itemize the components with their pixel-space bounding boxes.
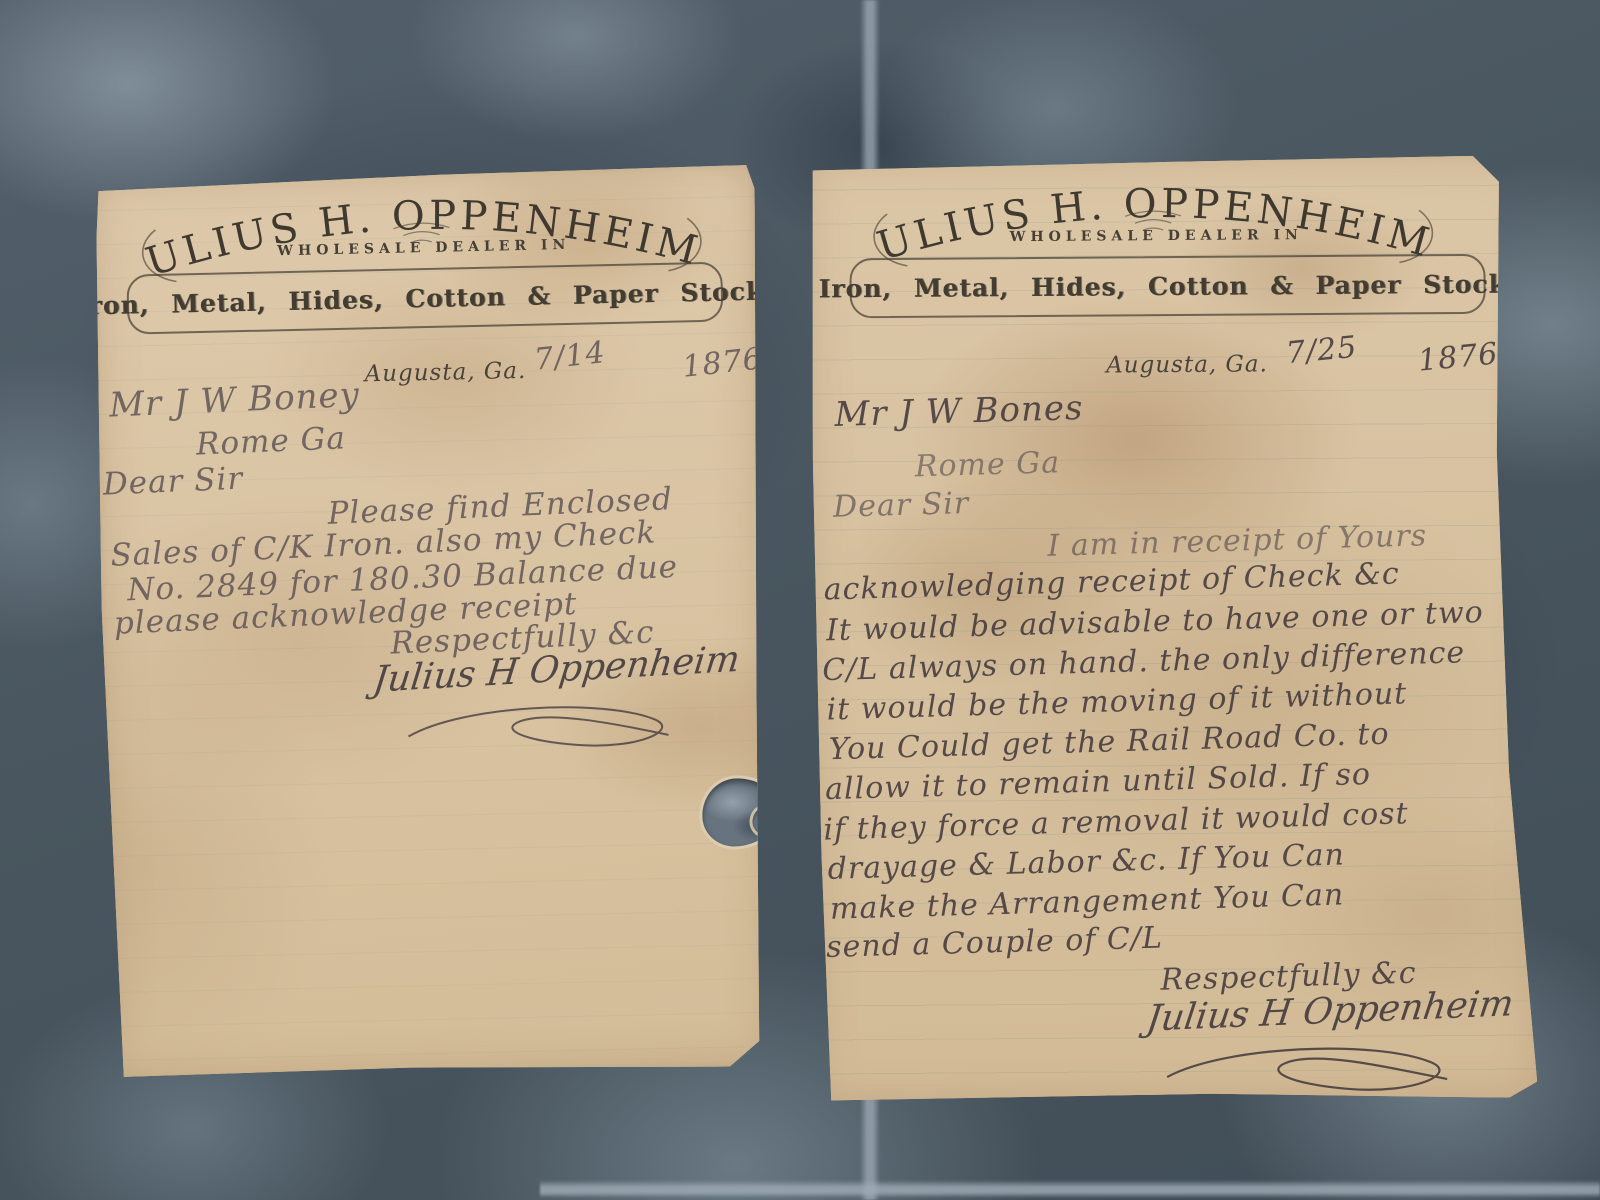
dateline-place: Augusta, Ga. — [364, 358, 526, 388]
letter-right-surface: JULIUS H. OPPENHEIM, WHOLESALE DEALER IN… — [805, 151, 1544, 1108]
letter-right: JULIUS H. OPPENHEIM, WHOLESALE DEALER IN… — [805, 151, 1544, 1108]
signature-flourish — [402, 704, 693, 756]
commodity-banner: (( Iron, Metal, Hides, Cotton & Paper St… — [849, 254, 1485, 318]
flourish-stroke — [1167, 1048, 1447, 1091]
salutation: Dear Sir — [102, 461, 244, 503]
salutation: Dear Sir — [833, 486, 970, 525]
flourish-stroke — [408, 705, 669, 750]
address-line: Rome Ga — [914, 445, 1060, 484]
dateline-place: Augusta, Ga. — [1106, 351, 1268, 378]
address-line: Mr J W Bones — [834, 388, 1084, 435]
photo-of-two-letters: JULIUS H. OPPENHEIM, WHOLESALE DEALER IN… — [0, 0, 1600, 1200]
body-line: send a Couple of C/L — [826, 921, 1164, 965]
dateline-year: 1876 — [681, 341, 765, 385]
dateline-date: 7/25 — [1285, 330, 1359, 372]
commodity-banner: (( Iron, Metal, Hides, Cotton & Paper St… — [126, 262, 723, 335]
letter-left-surface: JULIUS H. OPPENHEIM, WHOLESALE DEALER IN… — [90, 163, 774, 1082]
address-line: Mr J W Boney — [108, 375, 360, 426]
signature-flourish — [1161, 1048, 1471, 1098]
body-line: make the Arrangement You Can — [830, 877, 1345, 926]
dateline-date: 7/14 — [533, 335, 608, 378]
letter-left: JULIUS H. OPPENHEIM, WHOLESALE DEALER IN… — [90, 163, 774, 1082]
banner-text: Iron, Metal, Hides, Cotton & Paper Stock… — [819, 269, 1517, 303]
address-line: Rome Ga — [195, 420, 346, 462]
dateline-year: 1876 — [1417, 336, 1500, 378]
tile-grout-horizontal — [540, 1180, 1600, 1198]
banner-text: Iron, Metal, Hides, Cotton & Paper Stock… — [76, 276, 774, 320]
